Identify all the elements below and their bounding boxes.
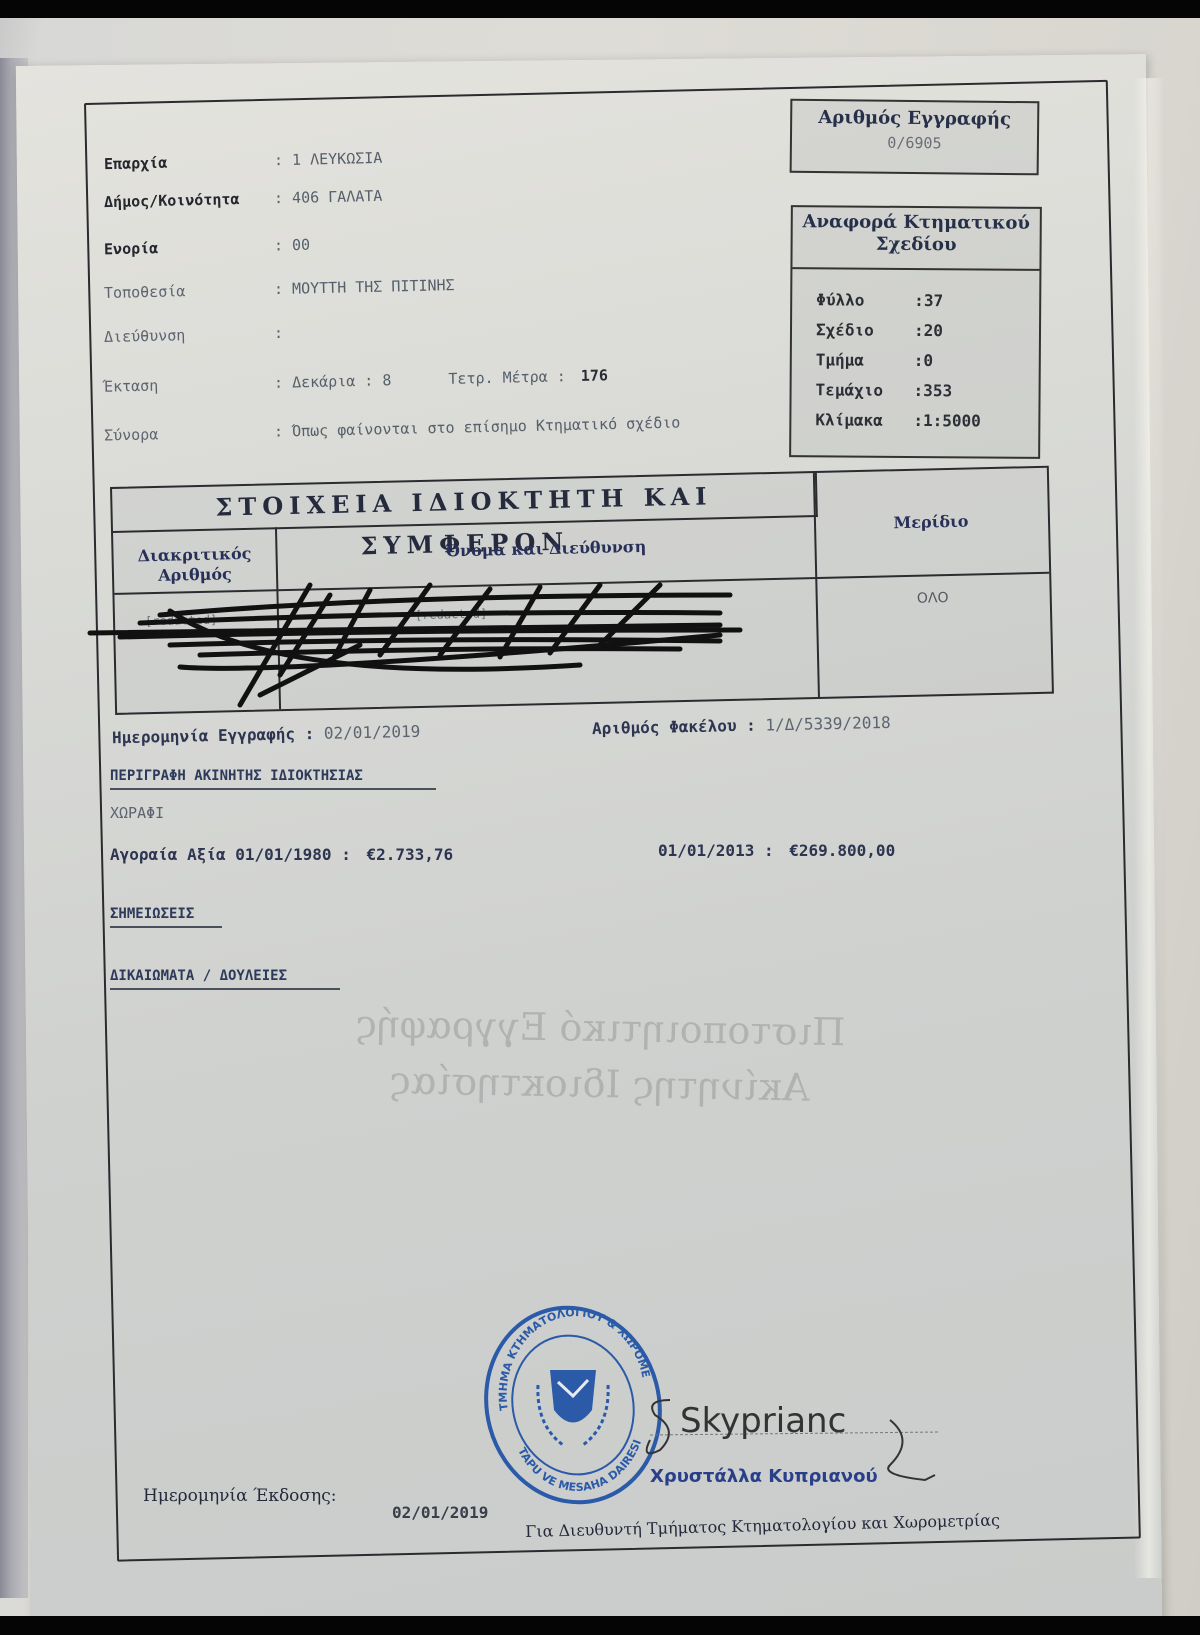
cadastral-plan-header: Αναφορά Κτηματικού Σχεδίου [792,207,1039,271]
column-header-share: Μερίδιο [816,510,1046,534]
owner-share-cell: ΟΛΟ [818,588,1048,609]
description-heading: ΠΕΡΙΓΡΑΦΗ ΑΚΙΝΗΤΗΣ ΙΔΙΟΚΤΗΣΙΑΣ [110,768,436,790]
market-value-row: Αγοραία Αξία 01/01/1980 : €2.733,76 [110,845,453,864]
rights-heading: ΔΙΚΑΙΩΜΑΤΑ / ΔΟΥΛΕΙΕΣ [110,968,340,990]
issue-date-label: Ημερομηνία Έκδοσης: [143,1486,336,1506]
notes-heading: ΣΗΜΕΙΩΣΕΙΣ [110,906,222,928]
market-value-2013-row: 01/01/2013 : €269.800,00 [658,841,895,860]
show-through-title: Πιστοποιητικό Εγγραφής Ακίνητης Ιδιοκτησ… [319,995,881,1117]
cadastral-plan-box: Αναφορά Κτηματικού Σχεδίου Φύλλο:37 Σχέδ… [789,205,1042,459]
plan-row-sheet: Φύλλο:37 [792,285,1039,317]
cadastral-plan-rows: Φύλλο:37 Σχέδιο:20 Τμήμα:0 Τεμάχιο:353 Κ… [791,269,1039,437]
registration-number-box: Αριθμός Εγγραφής 0/6905 [790,99,1040,176]
issue-date-value: 02/01/2019 [392,1503,488,1522]
plan-row-plot: Τεμάχιο:353 [791,375,1038,407]
svg-text:Skyprianс: Skyprianс [680,1401,846,1441]
signer-name: Χρυστάλλα Κυπριανού [650,1466,878,1487]
plan-row-plan: Σχέδιο:20 [792,315,1039,347]
plan-row-scale: Κλίμακα:1:5000 [791,405,1038,437]
page-fold [1134,78,1164,1578]
plan-row-section: Τμήμα:0 [792,345,1039,377]
redaction-scribble [80,575,760,715]
description-value: ΧΩΡΑΦΙ [110,804,164,822]
